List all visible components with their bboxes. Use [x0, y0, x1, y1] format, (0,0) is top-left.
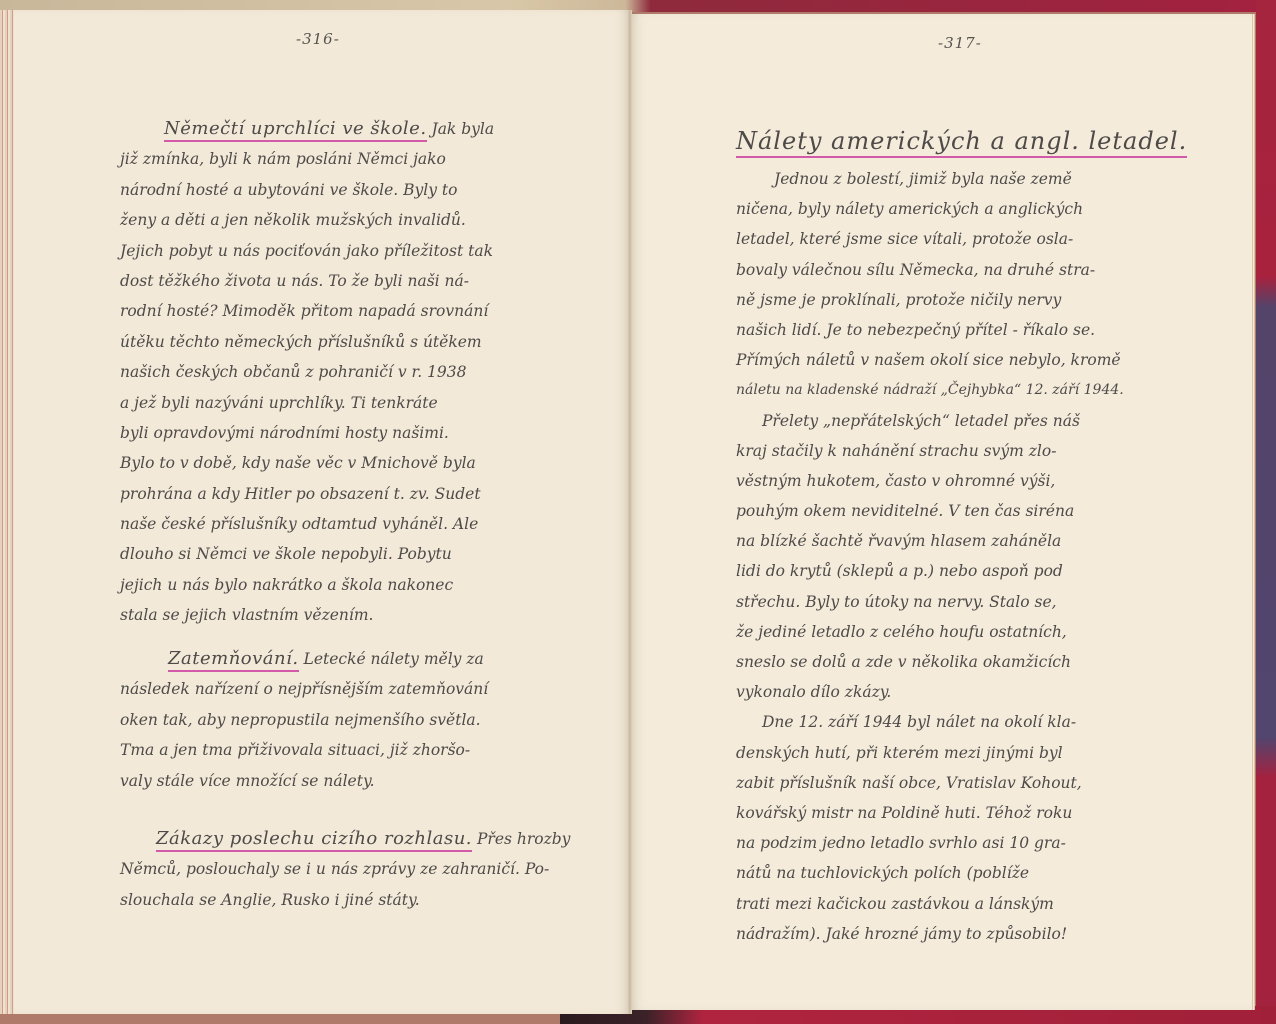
text-line: Dne 12. září 1944 byl nálet na okolí kla…: [736, 707, 1187, 737]
section-line: Nálety amerických a angl. letadel.: [736, 118, 1187, 164]
right-page-text: Nálety amerických a angl. letadel. Jedno…: [736, 118, 1187, 949]
text-line: dlouho si Němci ve škole nepobyli. Pobyt…: [120, 539, 494, 569]
text-line: Jak byla: [427, 120, 495, 138]
text-line: denských hutí, při kterém mezi jinými by…: [736, 738, 1187, 768]
text-line: již zmínka, byli k nám posláni Němci jak…: [120, 144, 494, 174]
section-line: Zákazy poslechu cizího rozhlasu. Přes hr…: [120, 824, 570, 854]
text-line: trati mezi kačickou zastávkou a lánským: [736, 889, 1187, 919]
text-line: pouhým okem neviditelné. V ten čas sirén…: [736, 496, 1187, 526]
section-line: Němečtí uprchlíci ve škole. Jak byla: [120, 114, 494, 144]
text-line: náletu na kladenské nádraží „Čejhybka“ 1…: [736, 375, 1187, 405]
text-line: sneslo se dolů a zde v několika okamžicí…: [736, 647, 1187, 677]
text-line: bovaly válečnou sílu Německa, na druhé s…: [736, 255, 1187, 285]
text-line: byli opravdovými národními hosty našimi.: [120, 418, 494, 448]
text-line: stala se jejich vlastním vězením.: [120, 600, 494, 630]
text-line: letadel, které jsme sice vítali, protože…: [736, 224, 1187, 254]
text-line: rodní hosté? Mimoděk přitom napadá srovn…: [120, 296, 494, 326]
text-line: střechu. Byly to útoky na nervy. Stalo s…: [736, 587, 1187, 617]
text-line: ničena, byly nálety amerických a anglick…: [736, 194, 1187, 224]
text-line: našich českých občanů z pohraničí v r. 1…: [120, 357, 494, 387]
section-heading-radio-ban: Zákazy poslechu cizího rozhlasu.: [156, 828, 472, 852]
text-line: Jejich pobyt u nás pociťován jako přílež…: [120, 236, 494, 266]
text-line: národní hosté a ubytováni ve škole. Byly…: [120, 175, 494, 205]
text-line: slouchala se Anglie, Rusko i jiné státy.: [120, 885, 570, 915]
text-line: zabit příslušník naší obce, Vratislav Ko…: [736, 768, 1187, 798]
left-page-stack-edges: [0, 10, 14, 1014]
left-page-text: Němečtí uprchlíci ve škole. Jak byla již…: [120, 114, 494, 631]
section-heading-blackout: Zatemňování.: [168, 648, 299, 672]
text-line: kovářský mistr na Poldině huti. Téhož ro…: [736, 798, 1187, 828]
text-line: jejich u nás bylo nakrátko a škola nakon…: [120, 570, 494, 600]
text-line: prohrána a kdy Hitler po obsazení t. zv.…: [120, 479, 494, 509]
text-line: Letecké nálety měly za: [299, 650, 484, 668]
text-line: našich lidí. Je to nebezpečný přítel - ř…: [736, 315, 1187, 345]
text-line: lidi do krytů (sklepů a p.) nebo aspoň p…: [736, 556, 1187, 586]
text-line: následek nařízení o nejpřísnějším zatemň…: [120, 674, 488, 704]
text-line: kraj stačily k nahánění strachu svým zlo…: [736, 436, 1187, 466]
page-number-right: -317-: [938, 34, 982, 52]
text-line: Přelety „nepřátelských“ letadel přes náš: [736, 406, 1187, 436]
section-line: Zatemňování. Letecké nálety měly za: [120, 644, 488, 674]
left-page-text-blackout: Zatemňování. Letecké nálety měly za násl…: [120, 644, 488, 796]
text-line: Němců, poslouchaly se i u nás zprávy ze …: [120, 854, 570, 884]
text-line: Přes hrozby: [472, 830, 570, 848]
text-line: na blízké šachtě řvavým hlasem zaháněla: [736, 526, 1187, 556]
book-cover-right: [1256, 0, 1276, 1024]
text-line: nádražím). Jaké hrozné jámy to způsobilo…: [736, 919, 1187, 949]
text-line: ně jsme je proklínali, protože ničily ne…: [736, 285, 1187, 315]
text-line: Bylo to v době, kdy naše věc v Mnichově …: [120, 448, 494, 478]
text-line: Přímých náletů v našem okolí sice nebylo…: [736, 345, 1187, 375]
right-page: -317- Nálety amerických a angl. letadel.…: [632, 14, 1255, 1010]
page-number-left: -316-: [296, 30, 340, 48]
text-line: naše české příslušníky odtamtud vyháněl.…: [120, 509, 494, 539]
text-line: na podzim jedno letadlo svrhlo asi 10 gr…: [736, 828, 1187, 858]
text-line: že jediné letadlo z celého houfu ostatní…: [736, 617, 1187, 647]
text-line: útěku těchto německých příslušníků s útě…: [120, 327, 494, 357]
text-line: valy stále více množící se nálety.: [120, 766, 488, 796]
text-line: Jednou z bolestí, jimiž byla naše země: [736, 164, 1187, 194]
section-heading-refugees: Němečtí uprchlíci ve škole.: [164, 118, 427, 142]
text-line: nátů na tuchlovických polích (poblíže: [736, 858, 1187, 888]
text-line: věstným hukotem, často v ohromné výši,: [736, 466, 1187, 496]
text-line: Tma a jen tma přiživovala situaci, již z…: [120, 735, 488, 765]
section-heading-air-raids: Nálety amerických a angl. letadel.: [736, 127, 1187, 158]
text-line: oken tak, aby nepropustila nejmenšího sv…: [120, 705, 488, 735]
text-line: a jež byli nazýváni uprchlíky. Ti tenkrá…: [120, 388, 494, 418]
left-page-text-radio: Zákazy poslechu cizího rozhlasu. Přes hr…: [120, 824, 570, 915]
text-line: ženy a děti a jen několik mužských inval…: [120, 205, 494, 235]
left-page: -316- Němečtí uprchlíci ve škole. Jak by…: [14, 10, 628, 1014]
text-line: vykonalo dílo zkázy.: [736, 677, 1187, 707]
text-line: dost těžkého života u nás. To že byli na…: [120, 266, 494, 296]
